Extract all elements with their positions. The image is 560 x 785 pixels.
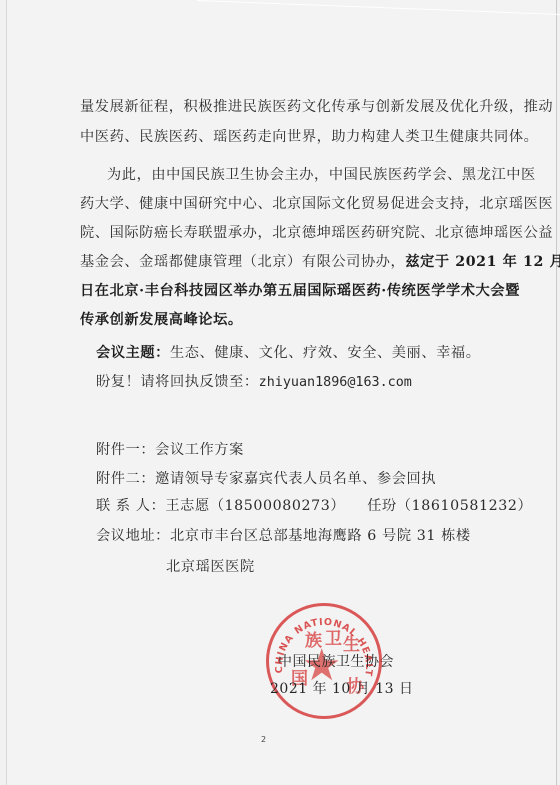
theme-value: 生态、健康、文化、疗效、安全、美丽、幸福。 <box>170 345 481 361</box>
paragraph-line: 中医药、民族医药、瑶医药走向世界，助力构建人类卫生健康共同体。 <box>80 127 538 147</box>
address-line-2: 北京瑶医医院 <box>166 557 255 577</box>
contact-line: 联 系 人：王志愿（18500080273）任玢（18610581232） <box>96 496 532 516</box>
paragraph-bold-line: 日在北京·丰台科技园区举办第五届国际瑶医药·传统医学学术大会暨 <box>80 281 520 301</box>
attachment-2: 附件二：邀请领导专家嘉宾代表人员名单、参会回执 <box>96 469 436 489</box>
attachment-1: 附件一：会议工作方案 <box>96 440 244 460</box>
reply-label: 盼复！请将回执反馈至： <box>96 374 259 390</box>
paper-fold-line <box>197 0 560 15</box>
signature-organization: 中国民族卫生协会 <box>278 651 394 671</box>
reply-line: 盼复！请将回执反馈至：zhiyuan1896@163.com <box>96 372 412 393</box>
contact-person-2: 任玢（18610581232） <box>367 498 532 514</box>
theme-label: 会议主题： <box>96 345 170 361</box>
contact-label: 联 系 人： <box>96 498 165 514</box>
address-label: 会议地址： <box>96 528 170 544</box>
paragraph-line: 院、国际防癌长寿联盟承办，北京德坤瑶医药研究院、北京德坤瑶医公益 <box>80 223 553 243</box>
reply-email: zhiyuan1896@163.com <box>259 375 412 390</box>
attachment-label: 附件一： <box>96 442 155 458</box>
paragraph-line: 量发展新征程，积极推进民族医药文化传承与创新发展及优化升级，推动 <box>80 97 553 117</box>
address-line: 会议地址：北京市丰台区总部基地海鹰路 6 号院 31 栋楼 <box>96 526 471 546</box>
paragraph-text: 基金会、金瑶都健康管理（北京）有限公司协办， <box>80 254 405 270</box>
signature-date: 2021 年 10 月 13 日 <box>270 678 414 698</box>
paragraph-bold-line: 传承创新发展高峰论坛。 <box>80 310 243 330</box>
paragraph-line: 为此，由中国民族卫生协会主办，中国民族医药学会、黑龙江中医 <box>107 165 536 185</box>
paragraph-line: 药大学、健康中国研究中心、北京国际文化贸易促进会支持，北京瑶医医 <box>80 194 553 214</box>
address-value: 北京市丰台区总部基地海鹰路 6 号院 31 栋楼 <box>170 528 471 544</box>
paragraph-line: 基金会、金瑶都健康管理（北京）有限公司协办，兹定于 2021 年 12 月 4 <box>80 252 560 272</box>
page-number: 2 <box>261 735 266 744</box>
paragraph-bold-text: 兹定于 2021 年 12 月 4 <box>405 254 560 270</box>
attachment-label: 附件二： <box>96 471 155 487</box>
attachment-value: 邀请领导专家嘉宾代表人员名单、参会回执 <box>155 471 436 487</box>
contact-person-1: 王志愿（18500080273） <box>165 498 345 514</box>
theme-line: 会议主题：生态、健康、文化、疗效、安全、美丽、幸福。 <box>96 343 481 363</box>
attachment-value: 会议工作方案 <box>155 442 244 458</box>
